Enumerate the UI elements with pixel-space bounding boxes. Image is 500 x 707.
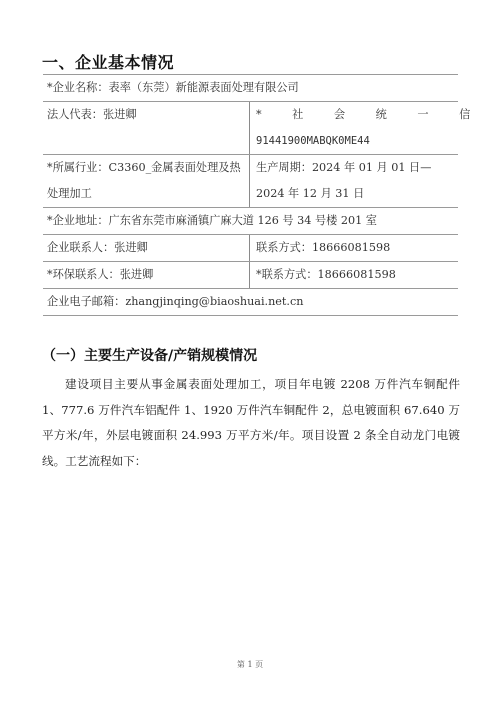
env-contact-phone-cell: *联系方式：18666081598: [250, 262, 458, 288]
contact-phone-cell: 联系方式：18666081598: [250, 235, 458, 261]
email-cell: 企业电子邮箱：zhangjinqing@biaoshuai.net.cn: [43, 289, 458, 315]
company-name-cell: *企业名称：表率（东莞）新能源表面处理有限公司: [43, 75, 458, 101]
section-heading-production: （一）主要生产设备/产销规模情况: [42, 345, 257, 365]
table-row: *企业地址：广东省东莞市麻涌镇广麻大道 126 号 34 号楼 201 室: [43, 207, 458, 234]
production-period-cell: 生产周期：2024 年 01 月 01 日—2024 年 12 月 31 日: [250, 155, 458, 207]
address-cell: *企业地址：广东省东莞市麻涌镇广麻大道 126 号 34 号楼 201 室: [43, 208, 458, 234]
credit-code-value: 91441900MABQK0ME44: [256, 128, 454, 154]
table-row: 企业电子邮箱：zhangjinqing@biaoshuai.net.cn: [43, 288, 458, 316]
table-row: 企业联系人：张进卿 联系方式：18666081598: [43, 234, 458, 261]
industry-cell: *所属行业：C3360_金属表面处理及热处理加工: [43, 155, 250, 207]
credit-code-label: * 社 会 统 一 信 用 代 码 ：: [256, 102, 454, 128]
credit-code-cell: * 社 会 统 一 信 用 代 码 ： 91441900MABQK0ME44: [250, 102, 458, 154]
page-number: 第 1 页: [0, 659, 500, 670]
contact-person-cell: 企业联系人：张进卿: [43, 235, 250, 261]
table-row: *企业名称：表率（东莞）新能源表面处理有限公司: [43, 74, 458, 101]
production-description: 建设项目主要从事金属表面处理加工，项目年电镀 2208 万件汽车铜配件 1、77…: [42, 372, 460, 474]
table-row: 法人代表：张进卿 * 社 会 统 一 信 用 代 码 ： 91441900MAB…: [43, 101, 458, 154]
section-heading-basic-info: 一、企业基本情况: [42, 50, 174, 73]
company-info-table: *企业名称：表率（东莞）新能源表面处理有限公司 法人代表：张进卿 * 社 会 统…: [43, 74, 458, 316]
table-row: *环保联系人：张进卿 *联系方式：18666081598: [43, 261, 458, 288]
table-row: *所属行业：C3360_金属表面处理及热处理加工 生产周期：2024 年 01 …: [43, 154, 458, 207]
legal-rep-cell: 法人代表：张进卿: [43, 102, 250, 154]
env-contact-person-cell: *环保联系人：张进卿: [43, 262, 250, 288]
